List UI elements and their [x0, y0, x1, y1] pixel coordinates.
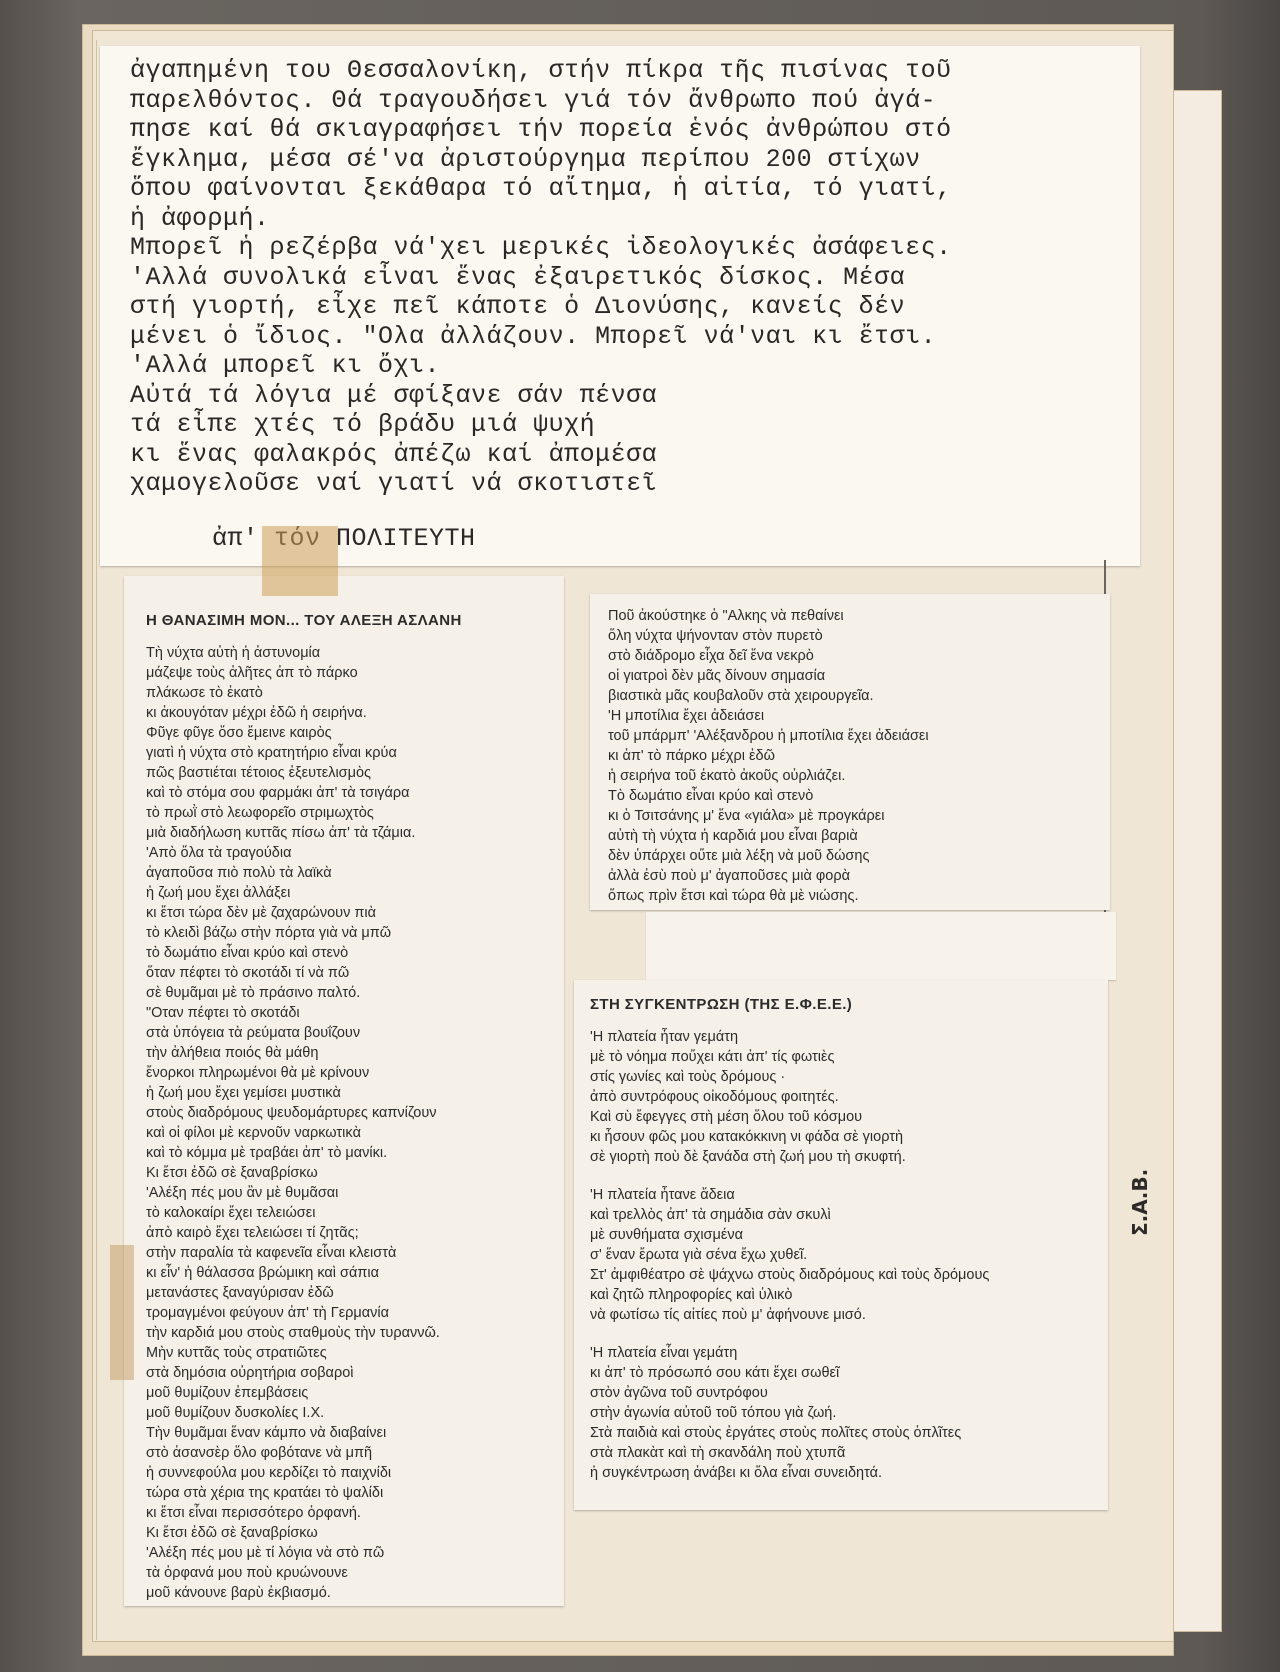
text-line: σ' ἕναν ἔρωτα γιὰ σένα ἔχω χυθεῖ.	[590, 1245, 1108, 1265]
stanza: 'Η πλατεία ἦτανε ἄδειακαὶ τρελλὸς ἀπ' τὰ…	[590, 1185, 1108, 1325]
text-line: μοῦ θυμίζουν δυσκολίες Ι.Χ.	[146, 1403, 564, 1423]
text-line: Καὶ σὺ ἔφεγγες στὴ μέση ὅλου τοῦ κόσμου	[590, 1107, 1108, 1127]
text-line: ἡ ζωή μου ἔχει ἀλλάξει	[146, 883, 564, 903]
text-line: 'Η πλατεία εἶναι γεμάτη	[590, 1343, 1108, 1363]
text-line: τὸ δωμάτιο εἶναι κρύο καὶ στενὸ	[146, 943, 564, 963]
text-line: τὴν καρδιά μου στοὺς σταθμοὺς τὴν τυρανν…	[146, 1323, 564, 1343]
text-line: στή γιορτή, εἶχε πεῖ κάποτε ὁ Διονύσης, …	[130, 292, 1140, 322]
text-line: ὅλη νύχτα ψήνονταν στὸν πυρετὸ	[608, 626, 1110, 646]
text-line: στὸ ἀσανσὲρ ὅλο φοβότανε νὰ μπῆ	[146, 1443, 564, 1463]
text-line: τὰ ὀρφανά μου ποὺ κρυώνουνε	[146, 1563, 564, 1583]
text-line: ἀγαποῦσα πιὸ πολὺ τὰ λαϊκὰ	[146, 863, 564, 883]
text-line: κι ὁ Τσιτσάνης μ' ἕνα «γιάλα» μὲ προγκάρ…	[608, 806, 1110, 826]
text-line: ἀπὸ συντρόφους οἰκοδόμους φοιτητές.	[590, 1087, 1108, 1107]
text-line: κι ἀπ' τὸ πρόσωπό σου κάτι ἔχει σωθεῖ	[590, 1363, 1108, 1383]
text-line: ἡ σειρήνα τοῦ ἑκατὸ ἀκοῦς οὐρλιάζει.	[608, 766, 1110, 786]
text-line: δὲν ὑπάρχει οὔτε μιὰ λέξη νὰ μοῦ δώσης	[608, 846, 1110, 866]
text-line: τρομαγμένοι φεύγουν ἀπ' τὴ Γερμανία	[146, 1303, 564, 1323]
text-line: ἀγαπημένη του Θεσσαλονίκη, στήν πίκρα τῆ…	[130, 56, 1140, 86]
text-line: 'Αλλά μπορεῖ κι ὄχι.	[130, 351, 1140, 381]
text-line: Μπορεῖ ἡ ρεζέρβα νά'χει μερικές ἰδεολογι…	[130, 233, 1140, 263]
text-line: ὅπως πρὶν ἔτσι καὶ τώρα θὰ μὲ νιώσης.	[608, 886, 1110, 906]
tape-stain	[262, 526, 338, 596]
text-line: 'Αλέξη πές μου ἂν μὲ θυμᾶσαι	[146, 1183, 564, 1203]
text-line: σὲ γιορτὴ ποὺ δὲ ξανάδα στὴ ζωή μου τὴ σ…	[590, 1147, 1108, 1167]
text-line: Στὰ παιδιὰ καὶ στοὺς ἐργάτες στοὺς πολῖτ…	[590, 1423, 1108, 1443]
text-line: Μὴν κυττᾶς τοὺς στρατιῶτες	[146, 1343, 564, 1363]
text-line: Ποῦ ἀκούστηκε ὁ "Αλκης νὰ πεθαίνει	[608, 606, 1110, 626]
typed-article-body: ἀγαπημένη του Θεσσαλονίκη, στήν πίκρα τῆ…	[130, 56, 1140, 499]
text-line: αὐτὴ τὴ νύχτα ἡ καρδιά μου εἶναι βαριὰ	[608, 826, 1110, 846]
text-line: μετανάστες ξαναγύρισαν ἐδῶ	[146, 1283, 564, 1303]
text-line: ὅπου φαίνονται ξεκάθαρα τό αἴτημα, ἡ αἰτ…	[130, 174, 1140, 204]
tape-strip	[110, 1245, 134, 1380]
text-line: Κι ἔτσι ἐδῶ σὲ ξαναβρίσκω	[146, 1163, 564, 1183]
text-line: παρελθόντος. Θά τραγουδήσει γιά τόν ἄνθρ…	[130, 86, 1140, 116]
text-line: τὸ πρωῒ στὸ λεωφορεῖο στριμωχτὸς	[146, 803, 564, 823]
text-line: βιαστικὰ μᾶς κουβαλοῦν στὰ χειρουργεῖα.	[608, 686, 1110, 706]
text-line: 'Η πλατεία ἦτανε ἄδεια	[590, 1185, 1108, 1205]
newspaper-clipping-continuation: Ποῦ ἀκούστηκε ὁ "Αλκης νὰ πεθαίνειὅλη νύ…	[590, 594, 1110, 910]
text-line: Τὴ νύχτα αὐτὴ ἡ ἀστυνομία	[146, 643, 564, 663]
text-line: Τὸ δωμάτιο εἶναι κρύο καὶ στενὸ	[608, 786, 1110, 806]
text-line: μάζεψε τοὺς ἀλῆτες ἀπ τὸ πάρκο	[146, 663, 564, 683]
text-line: κι εἶν' ἡ θάλασσα βρώμικη καὶ σάπια	[146, 1263, 564, 1283]
poem-stanzas: 'Η πλατεία ἦταν γεμάτημὲ τὸ νόημα ποὔχει…	[590, 1027, 1108, 1483]
newspaper-clipping-syngentrosi: ΣΤΗ ΣΥΓΚΕΝΤΡΩΣΗ (ΤΗΣ Ε.Φ.Ε.Ε.) 'Η πλατεί…	[574, 980, 1108, 1510]
text-line: ἀλλὰ ἐσὺ ποὺ μ' ἀγαποῦσες μιὰ φορὰ	[608, 866, 1110, 886]
typed-article-signature: ἀπ' τόν ΠΟΛΙΤΕΥΤΗ	[212, 524, 476, 554]
poem-lines: Ποῦ ἀκούστηκε ὁ "Αλκης νὰ πεθαίνειὅλη νύ…	[608, 606, 1110, 906]
text-line: μένει ὁ ἴδιος. "Ολα ἀλλάζουν. Μπορεῖ νά'…	[130, 322, 1140, 352]
poem-lines: Τὴ νύχτα αὐτὴ ἡ ἀστυνομίαμάζεψε τοὺς ἀλῆ…	[146, 643, 564, 1603]
text-line: μοῦ θυμίζουν ἐπεμβάσεις	[146, 1383, 564, 1403]
text-line: στίς γωνίες καὶ τοὺς δρόμους ·	[590, 1067, 1108, 1087]
text-line: στὰ δημόσια οὐρητήρια σοβαροὶ	[146, 1363, 564, 1383]
text-line: μὲ συνθήματα σχισμένα	[590, 1225, 1108, 1245]
text-line: 'Αλλά συνολικά εἶναι ἕνας ἐξαιρετικός δί…	[130, 263, 1140, 293]
text-line: πησε καί θά σκιαγραφήσει τήν πορεία ἑνός…	[130, 115, 1140, 145]
text-line: στὰ πλακὰτ καὶ τὴ σκανδάλη ποὺ χτυπᾶ	[590, 1443, 1108, 1463]
clipping-title: Η ΘΑΝΑΣΙΜΗ ΜΟΝ... ΤΟΥ ΑΛΕΞΗ ΑΣΛΑΝΗ	[146, 612, 564, 629]
text-line: καὶ τρελλὸς ἀπ' τὰ σημάδια σὰν σκυλὶ	[590, 1205, 1108, 1225]
text-line: Κι ἔτσι ἐδῶ σὲ ξαναβρίσκω	[146, 1523, 564, 1543]
text-line: Τὴν θυμᾶμαι ἕναν κάμπο νὰ διαβαίνει	[146, 1423, 564, 1443]
text-line: οἱ γιατροὶ δὲν μᾶς δίνουν σημασία	[608, 666, 1110, 686]
text-line: κι ἔτσι τώρα δὲν μὲ ζαχαρώνουν πιὰ	[146, 903, 564, 923]
text-line: στὴν παραλία τὰ καφενεῖα εἶναι κλειστὰ	[146, 1243, 564, 1263]
text-line: κι ἀπ' τὸ πάρκο μέχρι ἐδῶ	[608, 746, 1110, 766]
text-line: σὲ θυμᾶμαι μὲ τὸ πράσινο παλτό.	[146, 983, 564, 1003]
text-line: στὴν ἀγωνία αὐτοῦ τοῦ τόπου γιὰ ζωή.	[590, 1403, 1108, 1423]
text-line: ἡ συγκέντρωση ἀνάβει κι ὅλα εἶναι συνειδ…	[590, 1463, 1108, 1483]
text-line: καὶ τὸ κόμμα μὲ τραβάει ἀπ' τὸ μανίκι.	[146, 1143, 564, 1163]
text-line: χαμογελοῦσε ναί γιατί νά σκοτιστεῖ	[130, 469, 1140, 499]
text-line: τὴν ἀλήθεια ποιός θὰ μάθη	[146, 1043, 564, 1063]
text-line: μοῦ κάνουνε βαρὺ ἐκβιασμό.	[146, 1583, 564, 1603]
text-line: ὅταν πέφτει τὸ σκοτάδι τί νὰ πῶ	[146, 963, 564, 983]
text-line: ἡ ζωή μου ἔχει γεμίσει μυστικὰ	[146, 1083, 564, 1103]
text-line: στὰ ὑπόγεια τὰ ρεύματα βουΐζουν	[146, 1023, 564, 1043]
text-line: 'Αλέξη πές μου μὲ τί λόγια νὰ στὸ πῶ	[146, 1543, 564, 1563]
blank-paper-strip	[646, 912, 1116, 980]
text-line: καὶ οἱ φίλοι μὲ κερνοῦν ναρκωτικὰ	[146, 1123, 564, 1143]
text-line: στὸ διάδρομο εἶχα δεῖ ἕνα νεκρὸ	[608, 646, 1110, 666]
text-line: κι ἀκουγόταν μέχρι ἐδῶ ἡ σειρήνα.	[146, 703, 564, 723]
text-line: "Οταν πέφτει τὸ σκοτάδι	[146, 1003, 564, 1023]
text-line: ἡ συννεφούλα μου κερδίζει τὸ παιχνίδι	[146, 1463, 564, 1483]
text-line: πῶς βαστιέται τέτοιος ἐξευτελισμὸς	[146, 763, 564, 783]
typed-article: ἀγαπημένη του Θεσσαλονίκη, στήν πίκρα τῆ…	[100, 46, 1140, 566]
text-line: Φῦγε φῦγε ὅσο ἔμεινε καιρὸς	[146, 723, 564, 743]
text-line: Στ' ἀμφιθέατρο σὲ ψάχνω στοὺς διαδρόμους…	[590, 1265, 1108, 1285]
newspaper-clipping-aslanis: Η ΘΑΝΑΣΙΜΗ ΜΟΝ... ΤΟΥ ΑΛΕΞΗ ΑΣΛΑΝΗ Τὴ νύ…	[124, 576, 564, 1606]
stanza: 'Η πλατεία εἶναι γεμάτηκι ἀπ' τὸ πρόσωπό…	[590, 1343, 1108, 1483]
text-line: 'Η μποτίλια ἔχει ἀδειάσει	[608, 706, 1110, 726]
stanza: 'Η πλατεία ἦταν γεμάτημὲ τὸ νόημα ποὔχει…	[590, 1027, 1108, 1167]
text-line: τὸ κλειδὶ βάζω στὴν πόρτα γιὰ νὰ μπῶ	[146, 923, 564, 943]
text-line: κι ἕνας φαλακρός ἀπέζω καί ἀπομέσα	[130, 440, 1140, 470]
text-line: τά εἶπε χτές τό βράδυ μιά ψυχή	[130, 410, 1140, 440]
text-line: ἔγκλημα, μέσα σέ'να ἀριστούργημα περίπου…	[130, 145, 1140, 175]
text-line: καὶ τὸ στόμα σου φαρμάκι ἀπ' τὰ τσιγάρα	[146, 783, 564, 803]
text-line: κι ἔτσι εἶναι περισσότερο ὀρφανή.	[146, 1503, 564, 1523]
text-line: τώρα στὰ χέρια της κρατάει τὸ ψαλίδι	[146, 1483, 564, 1503]
text-line: τοῦ μπάρμπ' 'Αλέξανδρου ἡ μποτίλια ἔχει …	[608, 726, 1110, 746]
text-line: μὲ τὸ νόημα ποὔχει κάτι ἀπ' τίς φωτιὲς	[590, 1047, 1108, 1067]
text-line: ἔνορκοι πληρωμένοι θὰ μὲ κρίνουν	[146, 1063, 564, 1083]
text-line: γιατὶ ἡ νύχτα στὸ κρατητήριο εἶναι κρύα	[146, 743, 564, 763]
text-line: στὸν ἀγῶνα τοῦ συντρόφου	[590, 1383, 1108, 1403]
margin-initials: Σ.Α.Β.	[1128, 1169, 1152, 1236]
text-line: καὶ ζητῶ πληροφορίες καὶ ὑλικὸ	[590, 1285, 1108, 1305]
text-line: Αὐτά τά λόγια μέ σφίξανε σάν πένσα	[130, 381, 1140, 411]
text-line: 'Η πλατεία ἦταν γεμάτη	[590, 1027, 1108, 1047]
text-line: 'Απὸ ὅλα τὰ τραγούδια	[146, 843, 564, 863]
text-line: νὰ φωτίσω τίς αἰτίες ποὺ μ' ἀφήνουνε μισ…	[590, 1305, 1108, 1325]
text-line: κι ἦσουν φῶς μου κατακόκκινη νι φάδα σὲ …	[590, 1127, 1108, 1147]
text-line: ἀπὸ καιρὸ ἔχει τελειώσει τί ζητᾶς;	[146, 1223, 564, 1243]
text-line: ἡ ἀφορμή.	[130, 204, 1140, 234]
text-line: πλάκωσε τὸ ἑκατὸ	[146, 683, 564, 703]
text-line: στοὺς διαδρόμους ψευδομάρτυρες καπνίζουν	[146, 1103, 564, 1123]
text-line: τὸ καλοκαίρι ἔχει τελειώσει	[146, 1203, 564, 1223]
clipping-title: ΣΤΗ ΣΥΓΚΕΝΤΡΩΣΗ (ΤΗΣ Ε.Φ.Ε.Ε.)	[590, 996, 1108, 1013]
text-line: μιὰ διαδήλωση κυττᾶς πίσω ἀπ' τὰ τζάμια.	[146, 823, 564, 843]
